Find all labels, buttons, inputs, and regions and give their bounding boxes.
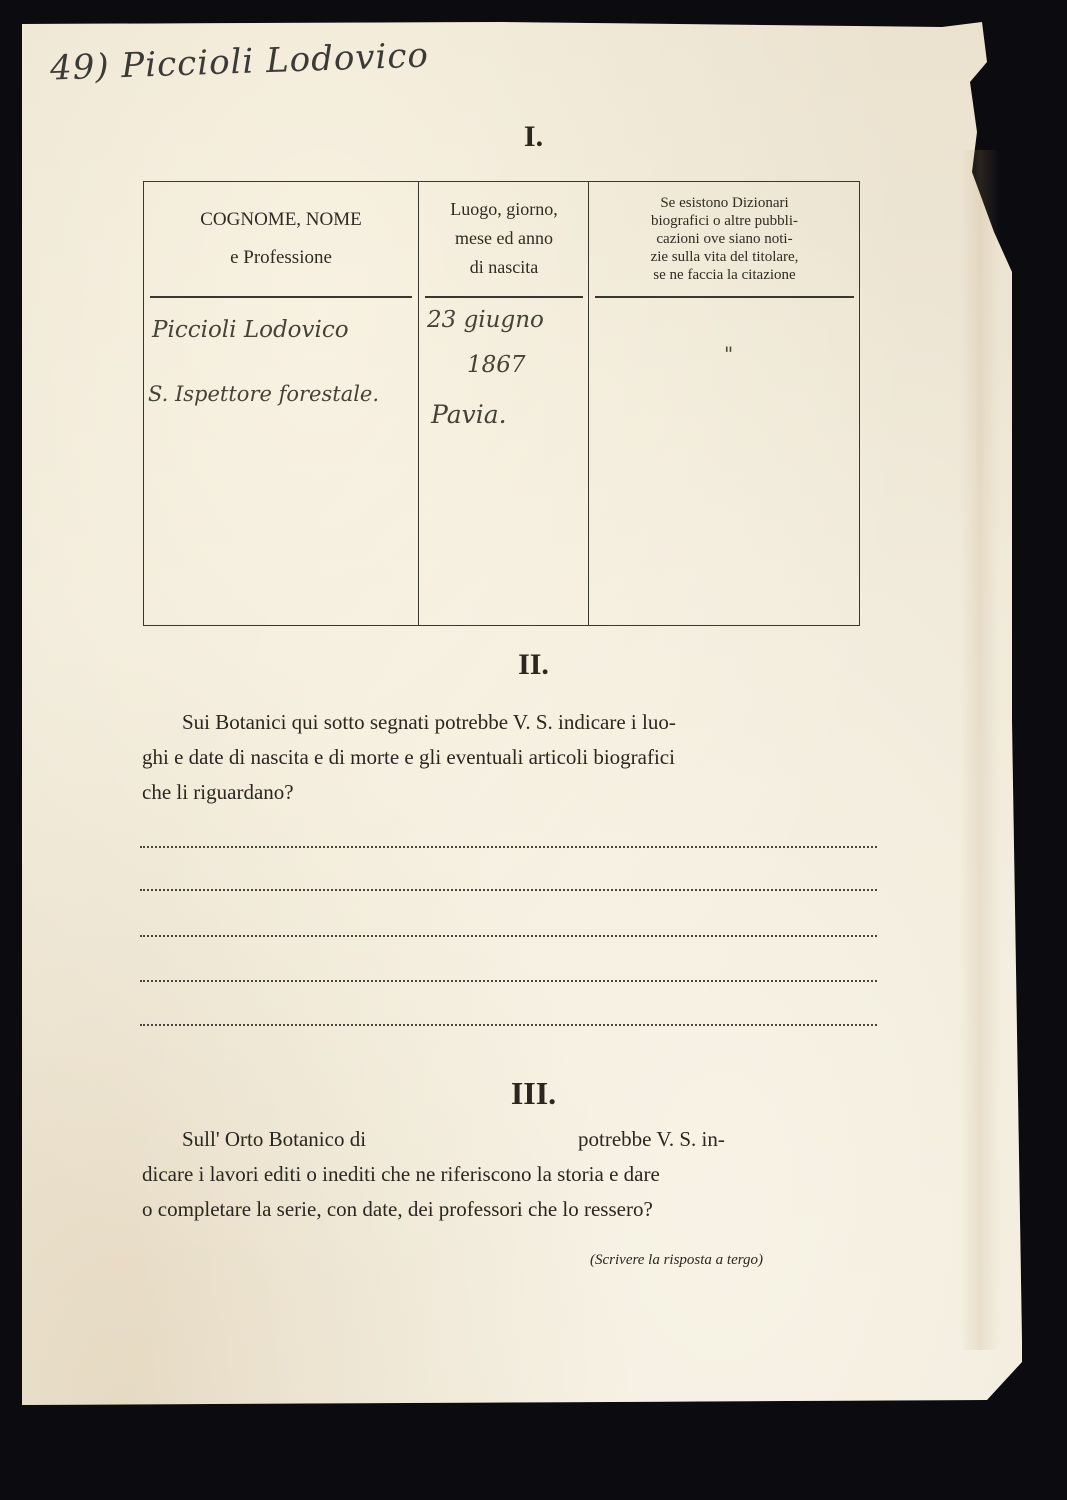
header-text: cazioni ove siano noti- <box>651 230 799 248</box>
column-name-profession: COGNOME, NOME e Professione Piccioli Lod… <box>144 182 418 625</box>
biography-table: COGNOME, NOME e Professione Piccioli Lod… <box>143 181 860 626</box>
footnote: (Scrivere la risposta a tergo) <box>590 1252 763 1269</box>
entry-profession: S. Ispettore forestale. <box>148 382 379 406</box>
header-rule <box>425 296 583 298</box>
header-name-profession: COGNOME, NOME e Professione <box>144 182 418 295</box>
header-text: Se esistono Dizionari <box>651 194 799 212</box>
header-rule <box>595 296 854 298</box>
answer-line-1[interactable] <box>140 846 877 848</box>
section-1-heading: I. <box>0 120 1067 154</box>
column-birth: Luogo, giorno, mese ed anno di nascita 2… <box>418 182 589 625</box>
question-line: Sull' Orto Botanico di <box>182 1127 366 1151</box>
header-birth: Luogo, giorno, mese ed anno di nascita <box>419 182 589 295</box>
column-citations: Se esistono Dizionari biografici o altre… <box>588 182 860 625</box>
header-text: e Professione <box>200 239 362 277</box>
question-line: dicare i lavori editi o inediti che ne r… <box>142 1157 867 1192</box>
header-text: mese ed anno <box>450 224 558 253</box>
entry-name: Piccioli Lodovico <box>152 317 349 343</box>
question-line: ghi e date di nascita e di morte e gli e… <box>142 740 867 775</box>
question-line: potrebbe V. S. in- <box>578 1127 725 1151</box>
header-text: se ne faccia la citazione <box>651 266 799 284</box>
header-text: COGNOME, NOME <box>200 201 362 239</box>
entry-citation: " <box>724 342 733 366</box>
answer-line-4[interactable] <box>140 980 877 982</box>
header-text: di nascita <box>450 253 558 282</box>
header-text: Luogo, giorno, <box>450 195 558 224</box>
entry-birth-day: 23 giugno <box>427 307 544 333</box>
paper-stain <box>960 150 1000 1350</box>
section-3-heading: III. <box>0 1075 1067 1112</box>
header-text: zie sulla vita del titolare, <box>651 248 799 266</box>
entry-birth-year: 1867 <box>467 352 526 378</box>
answer-line-3[interactable] <box>140 935 877 937</box>
header-rule <box>150 296 412 298</box>
question-line: o completare la serie, con date, dei pro… <box>142 1192 867 1227</box>
header-citations: Se esistono Dizionari biografici o altre… <box>589 182 860 295</box>
section-2-question: Sui Botanici qui sotto segnati potrebbe … <box>142 705 867 810</box>
section-2-heading: II. <box>0 648 1067 682</box>
answer-line-2[interactable] <box>140 889 877 891</box>
entry-birth-place: Pavia. <box>431 400 507 429</box>
answer-line-5[interactable] <box>140 1024 877 1026</box>
header-text: biografici o altre pubbli- <box>651 212 799 230</box>
question-line: Sui Botanici qui sotto segnati potrebbe … <box>182 710 676 734</box>
question-line: che li riguardano? <box>142 775 867 810</box>
section-3-question: Sull' Orto Botanico dipotrebbe V. S. in-… <box>142 1122 867 1227</box>
